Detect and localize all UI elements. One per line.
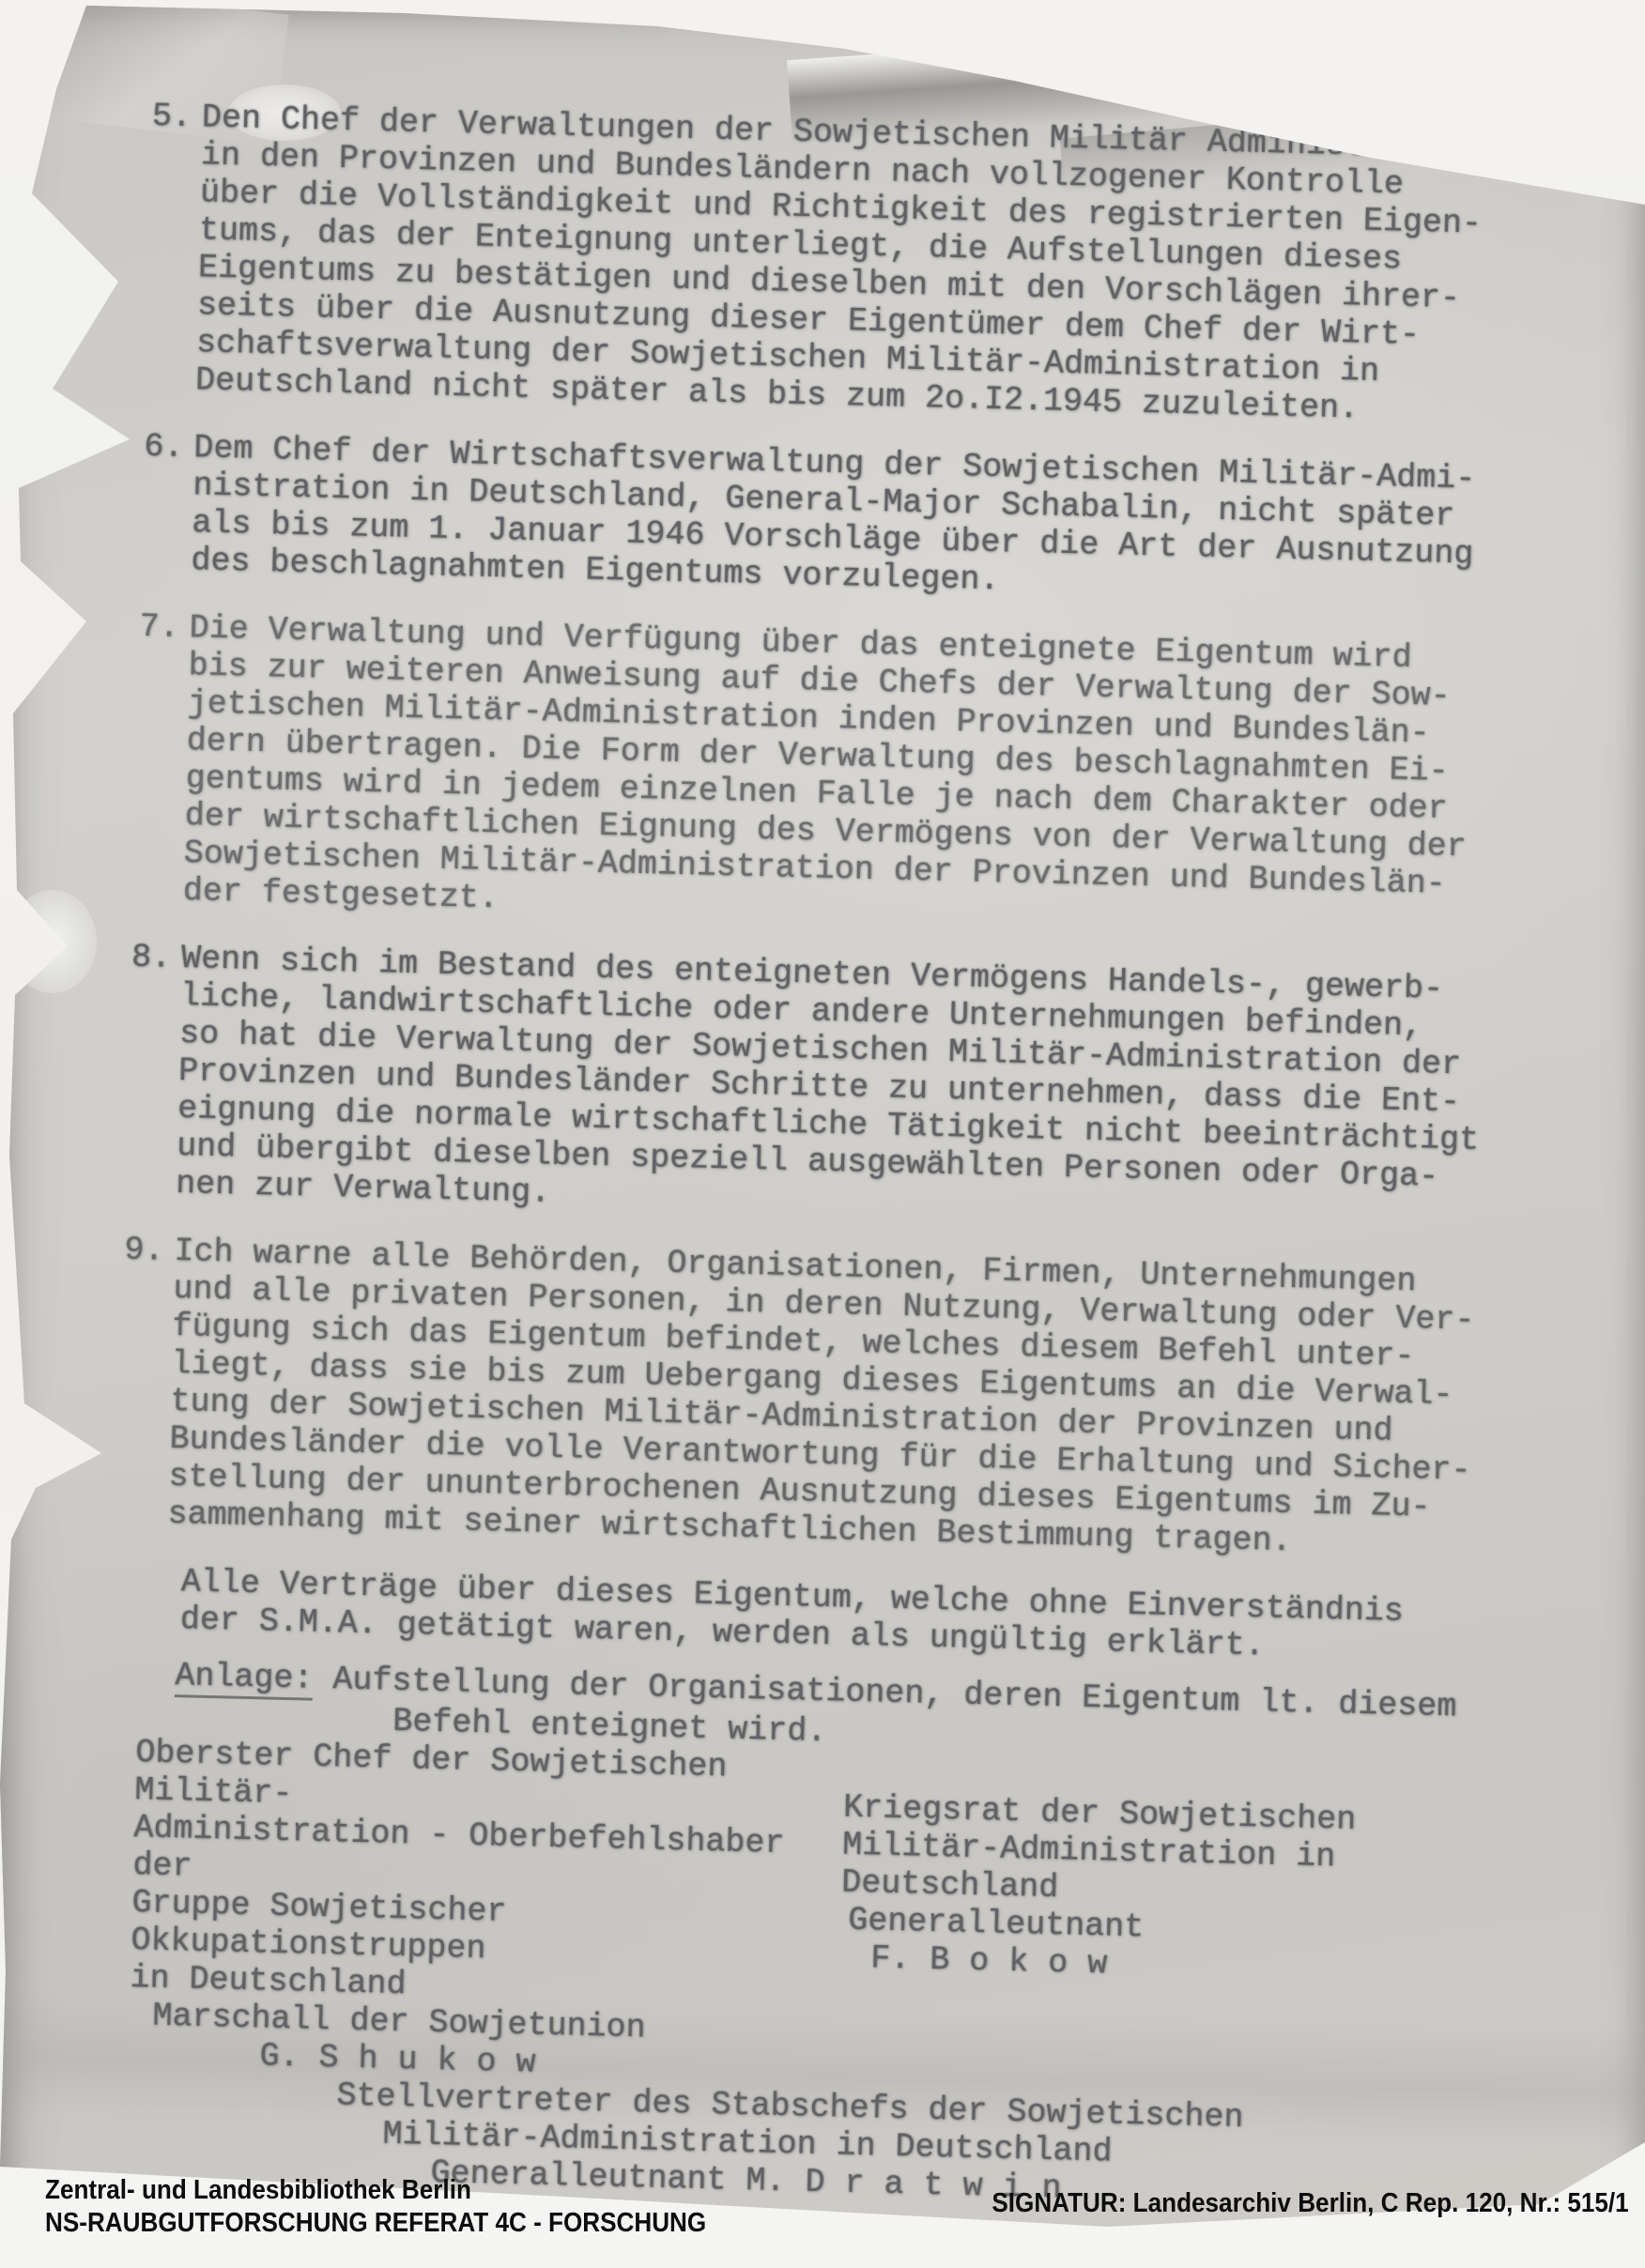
paragraph-8: 8. Wenn sich im Bestand des enteigneten … (126, 939, 1573, 1236)
paragraph-text: Dem Chef der Wirtschaftsverwaltung der S… (191, 429, 1476, 610)
paragraph-5: 5. Den Chef der Verwaltungen der Sowjeti… (146, 98, 1593, 433)
paragraph-9: 9. Ich warne alle Behörden, Organisation… (117, 1232, 1565, 1567)
archive-signature-reference: SIGNATUR: Landesarchiv Berlin, C Rep. 12… (992, 2187, 1629, 2219)
contracts-invalid-note: Alle Verträge über dieses Eigentum, welc… (179, 1563, 1558, 1672)
paragraph-text: Die Verwaltung und Verfügung über das en… (182, 609, 1471, 941)
paper-sheet: 5. Den Chef der Verwaltungen der Sowjeti… (0, 0, 1645, 2268)
scanned-document-page: 5. Den Chef der Verwaltungen der Sowjeti… (0, 0, 1645, 2268)
paragraph-6: 6. Dem Chef der Wirtschaftsverwaltung de… (141, 428, 1585, 613)
department-name: NS-RAUBGUTFORSCHUNG REFERAT 4C - FORSCHU… (45, 2207, 706, 2240)
paragraph-text: Den Chef der Verwaltungen der Sowjetisch… (195, 99, 1484, 430)
paragraph-text: Ich warne alle Behörden, Organisationen,… (167, 1233, 1476, 1565)
paragraph-number: 6. (141, 428, 194, 579)
paragraph-text: Wenn sich im Bestand des enteigneten Ver… (176, 940, 1484, 1234)
paragraph-7: 7. Die Verwaltung und Verfügung über das… (132, 608, 1580, 943)
signature-block-right: Kriegsrat der Sowjetischen Militär-Admin… (837, 1789, 1357, 2102)
signatory-title: Oberster Chef der Sowjetischen Militär- … (130, 1734, 793, 2013)
paragraph-number: 8. (126, 939, 182, 1203)
archive-footer-left: Zentral- und Landesbibliothek Berlin NS-… (45, 2174, 706, 2240)
signature-columns: Oberster Chef der Sowjetischen Militär- … (0, 1729, 1553, 2106)
signature-block-left: Oberster Chef der Sowjetischen Militär- … (128, 1734, 793, 2088)
paragraph-number: 5. (146, 98, 203, 399)
paragraph-number: 7. (132, 608, 190, 910)
anlage-label: Anlage: (175, 1657, 314, 1701)
library-name: Zentral- und Landesbibliothek Berlin (45, 2174, 706, 2207)
signatory-title: Kriegsrat der Sowjetischen Militär-Admin… (841, 1789, 1357, 1914)
paragraph-number: 9. (117, 1232, 175, 1533)
typewritten-text-block: 5. Den Chef der Verwaltungen der Sowjeti… (0, 0, 1595, 2219)
